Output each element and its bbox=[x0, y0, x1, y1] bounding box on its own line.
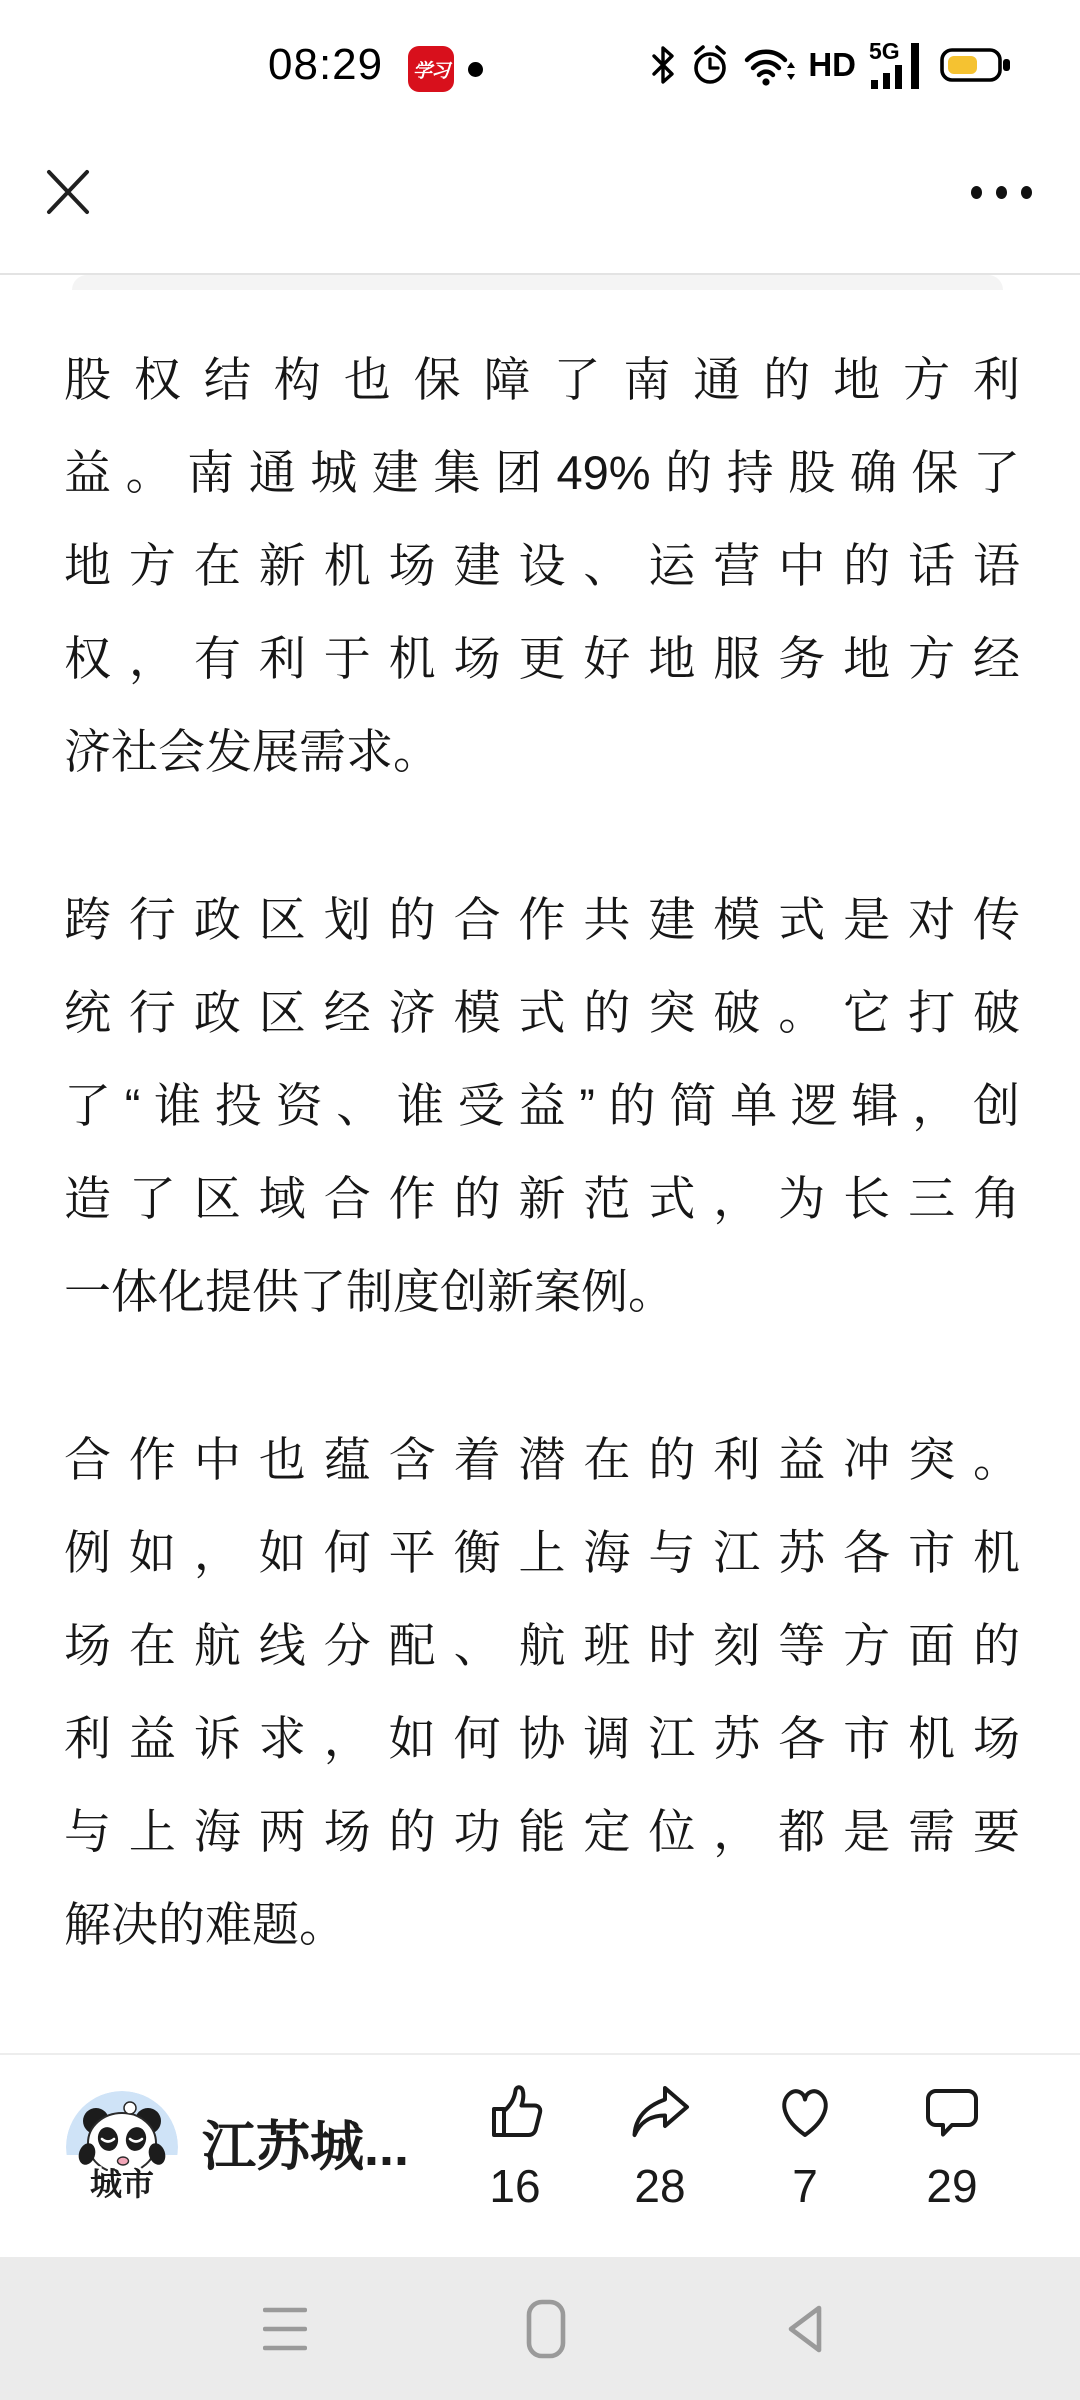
comment-bubble-icon bbox=[919, 2081, 985, 2145]
text-line: 场在航线分配、航班时刻等方面的 bbox=[64, 1599, 1020, 1692]
notification-dot-icon bbox=[468, 62, 483, 77]
battery-icon bbox=[940, 45, 1012, 85]
like-button[interactable]: 16 bbox=[453, 2081, 577, 2211]
paragraph: 合作中也蕴含着潜在的利益冲突。例如，如何平衡上海与江苏各市机场在航线分配、航班时… bbox=[64, 1413, 1020, 1971]
text-line: 股权结构也保障了南通的地方利 bbox=[64, 333, 1020, 426]
signal-5g-icon: 5G bbox=[869, 40, 927, 90]
favorite-button[interactable]: 7 bbox=[743, 2081, 867, 2211]
recents-button[interactable] bbox=[205, 2257, 365, 2400]
text-line: 了“谁投资、谁受益”的简单逻辑，创 bbox=[64, 1059, 1020, 1152]
avatar-label: 城市 bbox=[90, 2166, 154, 2202]
comment-button[interactable]: 29 bbox=[890, 2081, 1014, 2211]
wifi-icon bbox=[743, 44, 795, 86]
back-triangle-icon bbox=[783, 2303, 829, 2355]
close-button[interactable] bbox=[42, 166, 94, 218]
text-line: 例如，如何平衡上海与江苏各市机 bbox=[64, 1506, 1020, 1599]
text-line: 跨行政区划的合作共建模式是对传 bbox=[64, 873, 1020, 966]
text-line: 统行政区经济模式的突破。它打破 bbox=[64, 966, 1020, 1059]
author-name[interactable]: 江苏城... bbox=[202, 2091, 409, 2203]
like-count: 16 bbox=[453, 2161, 577, 2211]
comment-count: 29 bbox=[890, 2161, 1014, 2211]
xuexi-app-notification-icon: 学习 bbox=[408, 46, 454, 92]
thumbs-up-icon bbox=[482, 2081, 548, 2145]
article-body: 股权结构也保障了南通的地方利益。南通城建集团49%的持股确保了地方在新机场建设、… bbox=[64, 333, 1020, 2046]
recents-icon bbox=[263, 2306, 307, 2352]
paragraph: 股权结构也保障了南通的地方利益。南通城建集团49%的持股确保了地方在新机场建设、… bbox=[64, 333, 1020, 798]
content-card-top-edge bbox=[72, 275, 1003, 290]
share-button[interactable]: 28 bbox=[598, 2081, 722, 2211]
share-count: 28 bbox=[598, 2161, 722, 2211]
paragraph: 跨行政区划的合作共建模式是对传统行政区经济模式的突破。它打破了“谁投资、谁受益”… bbox=[64, 873, 1020, 1338]
status-bar: 08:29 学习 HD 5G bbox=[0, 0, 1080, 110]
share-arrow-icon bbox=[627, 2081, 693, 2145]
hd-indicator: HD bbox=[808, 38, 856, 92]
author-avatar[interactable]: 城市 bbox=[66, 2091, 178, 2203]
more-dot-icon bbox=[1021, 186, 1032, 199]
signal-bars-icon bbox=[869, 40, 927, 90]
favorite-count: 7 bbox=[743, 2161, 867, 2211]
more-options-button[interactable] bbox=[971, 186, 1032, 199]
text-line: 权，有利于机场更好地服务地方经 bbox=[64, 612, 1020, 705]
text-line: 解决的难题。 bbox=[64, 1878, 1020, 1971]
home-button[interactable] bbox=[466, 2257, 626, 2400]
text-line: 济社会发展需求。 bbox=[64, 705, 1020, 798]
text-line: 一体化提供了制度创新案例。 bbox=[64, 1245, 1020, 1338]
text-line: 地方在新机场建设、运营中的话语 bbox=[64, 519, 1020, 612]
text-line: 合作中也蕴含着潜在的利益冲突。 bbox=[64, 1413, 1020, 1506]
text-line: 与上海两场的功能定位，都是需要 bbox=[64, 1785, 1020, 1878]
author-action-bar: 城市 江苏城... 16 28 7 29 bbox=[0, 2055, 1080, 2257]
android-nav-bar bbox=[0, 2257, 1080, 2400]
xuexi-app-label: 学习 bbox=[413, 56, 449, 83]
text-line: 利益诉求，如何协调江苏各市机场 bbox=[64, 1692, 1020, 1785]
more-dot-icon bbox=[971, 186, 982, 199]
status-icons: HD 5G bbox=[649, 38, 1012, 92]
more-dot-icon bbox=[996, 186, 1007, 199]
alarm-icon bbox=[690, 44, 730, 86]
text-line: 益。南通城建集团49%的持股确保了 bbox=[64, 426, 1020, 519]
back-button[interactable] bbox=[726, 2257, 886, 2400]
clock: 08:29 bbox=[268, 40, 383, 90]
home-icon bbox=[526, 2299, 566, 2359]
heart-icon bbox=[772, 2081, 838, 2145]
bluetooth-icon bbox=[649, 45, 677, 85]
text-line: 造了区域合作的新范式，为长三角 bbox=[64, 1152, 1020, 1245]
